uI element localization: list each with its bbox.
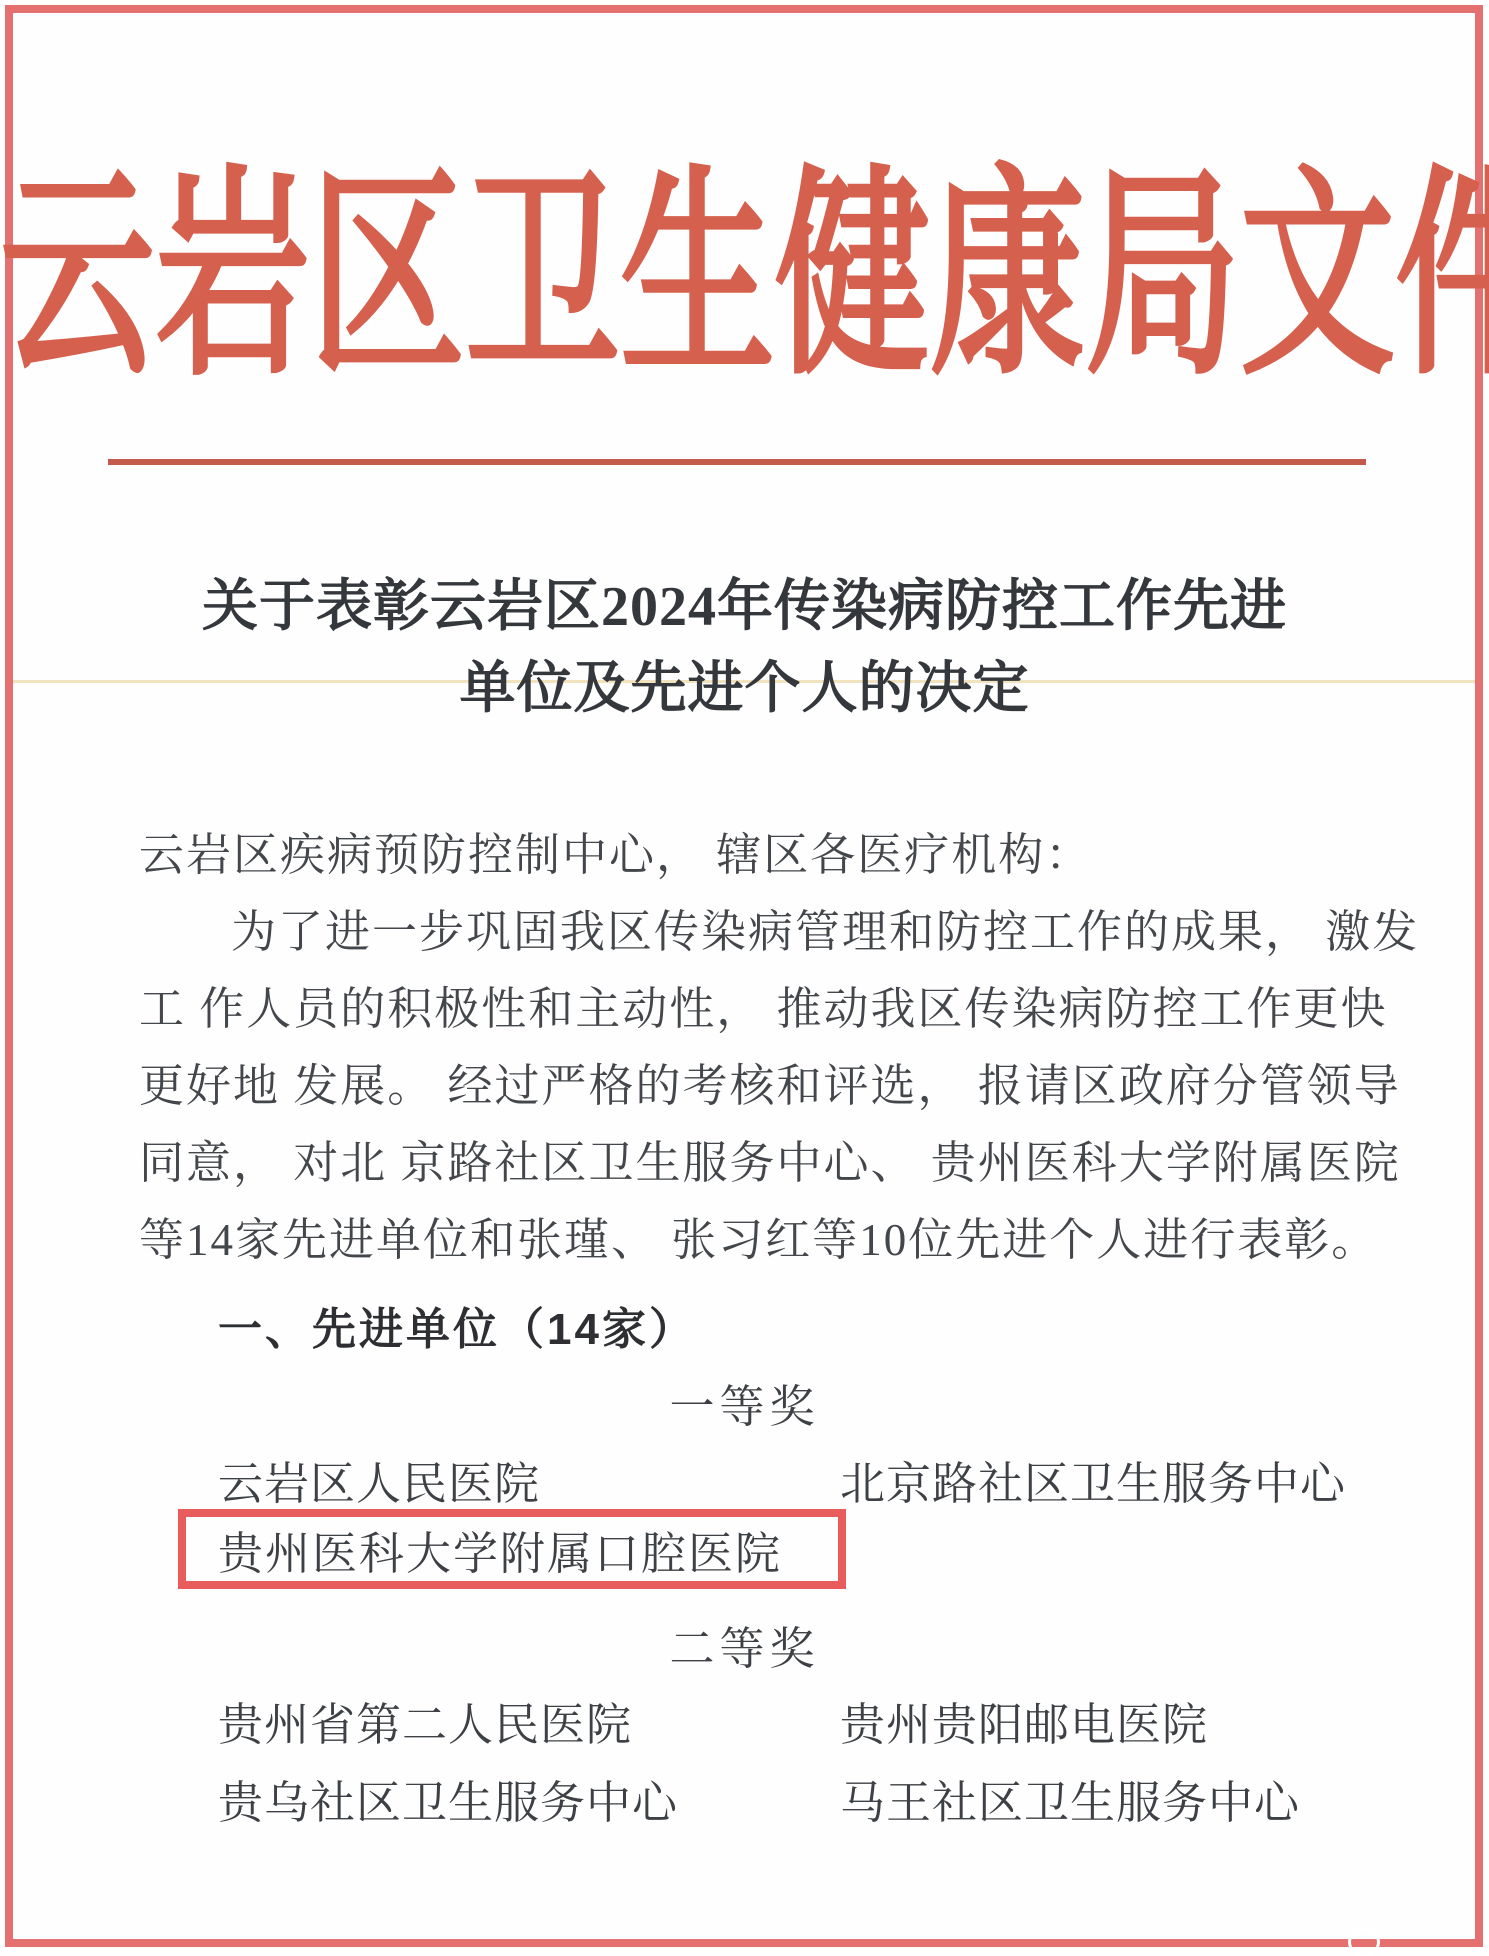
award-unit: 贵州省第二人民医院 <box>218 1688 632 1753</box>
salutation-line: 云岩区疾病预防控制中心， 辖区各医疗机构： <box>139 812 1379 889</box>
first-prize-label: 一等奖 <box>0 1370 1489 1435</box>
body-line: 等14家先进单位和张瑾、 张习红等10位先进个人进行表彰。 <box>139 1197 1379 1274</box>
body-line: 工 作人员的积极性和主动性， 推动我区传染病防控工作更快 <box>139 966 1379 1043</box>
document-title: 关于表彰云岩区2024年传染病防控工作先进 单位及先进个人的决定 <box>0 566 1489 730</box>
second-prize-label: 二等奖 <box>0 1612 1489 1677</box>
award-unit: 贵州贵阳邮电医院 <box>840 1688 1208 1753</box>
scanned-document-page: 云岩区卫生健康局文件 关于表彰云岩区2024年传染病防控工作先进 单位及先进个人… <box>0 0 1489 1956</box>
document-title-line2: 单位及先进个人的决定 <box>0 648 1489 730</box>
highlighted-award-unit: 贵州医科大学附属口腔医院 <box>218 1517 782 1582</box>
highlight-box: 贵州医科大学附属口腔医院 <box>178 1509 846 1589</box>
document-title-line1: 关于表彰云岩区2024年传染病防控工作先进 <box>0 566 1489 648</box>
award-unit: 云岩区人民医院 <box>218 1447 540 1512</box>
section-heading-advanced-units: 一、先进单位（14家） <box>218 1293 696 1357</box>
body-line: 同意， 对北 京路社区卫生服务中心、 贵州医科大学附属医院 <box>139 1120 1379 1197</box>
header-red-rule <box>108 459 1366 465</box>
body-line: 更好地 发展。 经过严格的考核和评选， 报请区政府分管领导 <box>139 1043 1379 1120</box>
award-unit: 贵乌社区卫生服务中心 <box>218 1766 678 1831</box>
document-body: 云岩区疾病预防控制中心， 辖区各医疗机构： 为了进一步巩固我区传染病管理和防控工… <box>139 812 1379 1274</box>
award-unit: 马王社区卫生服务中心 <box>840 1766 1300 1831</box>
scan-artifact-mark <box>1348 1927 1380 1956</box>
award-unit: 北京路社区卫生服务中心 <box>840 1447 1346 1512</box>
agency-banner-title: 云岩区卫生健康局文件 <box>0 167 1489 390</box>
body-line: 为了进一步巩固我区传染病管理和防控工作的成果， 激发 <box>139 889 1379 966</box>
